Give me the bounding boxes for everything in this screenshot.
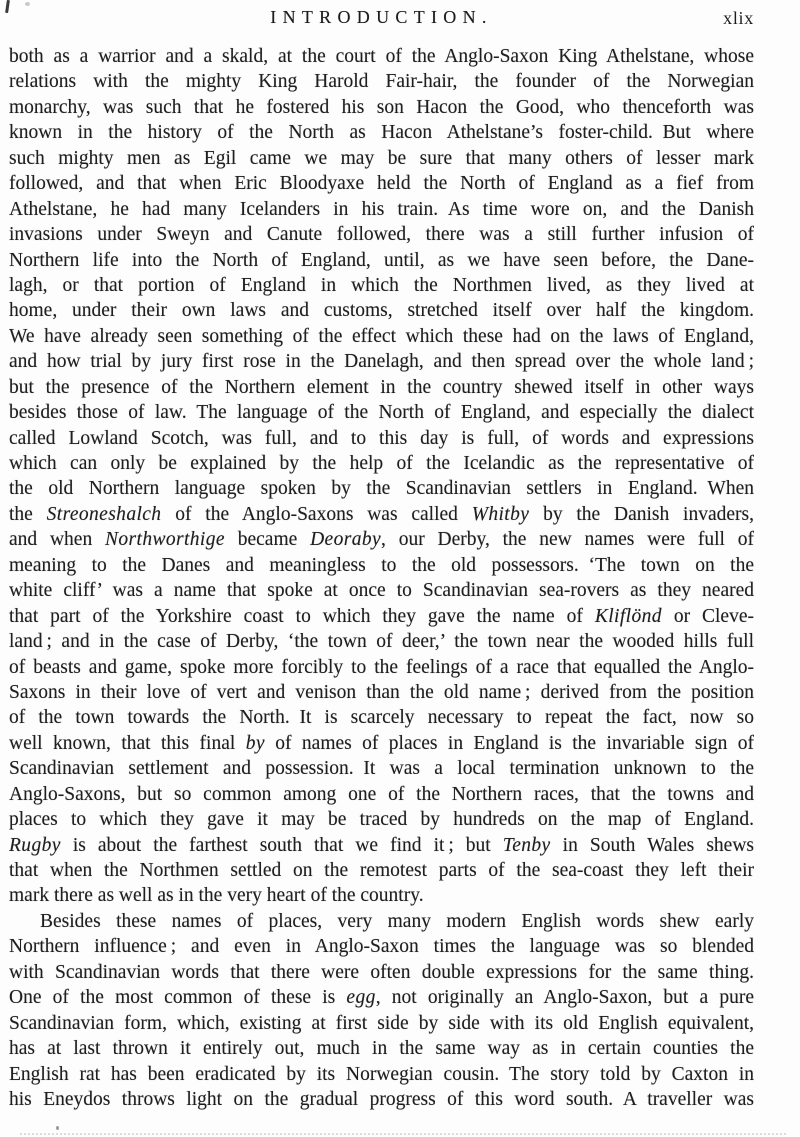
text-line: has at last thrown it entirely out, much… [9,1036,754,1061]
scan-artifact [25,2,30,6]
text-line: Rugby is about the farthest south that w… [9,833,754,858]
page-number: xlix [723,8,754,29]
text-line: mark there as well as in the very heart … [9,883,754,908]
text-line: English rat has been eradicated by its N… [9,1062,754,1087]
text-block: both as a warrior and a skald, at the co… [9,44,754,1112]
text-line: We have already seen something of the ef… [9,324,754,349]
text-line: relations with the mighty King Harold Fa… [9,69,754,94]
italic-term: Whitby [472,504,530,525]
text-line: Scandinavian settlement and possession. … [9,756,754,781]
text-line: places to which they gave it may be trac… [9,807,754,832]
text-line: Scandinavian form, which, existing at fi… [9,1011,754,1036]
italic-term: Rugby [9,835,61,856]
book-page: INTRODUCTION. xlix both as a warrior and… [0,0,800,1137]
text-line: invasions under Sweyn and Canute followe… [9,222,754,247]
text-line: besides those of law. The language of th… [9,400,754,425]
text-line: his Eneydos throws light on the gradual … [9,1087,754,1112]
text-line: and when Northworthige became Deoraby, o… [9,527,754,552]
text-line: Saxons in their love of vert and venison… [9,680,754,705]
text-line: One of the most common of these is egg, … [9,985,754,1010]
text-line: well known, that this final by of names … [9,731,754,756]
running-title: INTRODUCTION. [9,7,754,28]
scan-edge-dots [20,1133,786,1135]
text-line: that part of the Yorkshire coast to whic… [9,604,754,629]
text-line: of the town towards the North. It is sca… [9,705,754,730]
text-line: lagh, or that portion of England in whic… [9,273,754,298]
italic-term: Tenby [503,835,551,856]
italic-term: by [246,733,265,754]
text-line: monarchy, was such that he fostered his … [9,95,754,120]
text-line: and how trial by jury first rose in the … [9,349,754,374]
text-line: which can only be explained by the help … [9,451,754,476]
text-line: Athelstane, he had many Icelanders in hi… [9,197,754,222]
italic-term: Kliflönd [595,606,662,627]
text-line: followed, and that when Eric Bloodyaxe h… [9,171,754,196]
scan-artifact [56,1126,59,1130]
text-line: the old Northern language spoken by the … [9,476,754,501]
text-line: with Scandinavian words that there were … [9,960,754,985]
text-line: known in the history of the North as Hac… [9,120,754,145]
text-line: Northern life into the North of England,… [9,248,754,273]
text-line: meaning to the Danes and meaningless to … [9,553,754,578]
text-line: Northern influence ; and even in Anglo-S… [9,934,754,959]
text-line: Anglo-Saxons, but so common among one of… [9,782,754,807]
text-line: of beasts and game, spoke more forcibly … [9,655,754,680]
text-line: home, under their own laws and customs, … [9,298,754,323]
text-line: land ; and in the case of Derby, ‘the to… [9,629,754,654]
page-header: INTRODUCTION. xlix [9,7,754,31]
text-line: white cliff’ was a name that spoke at on… [9,578,754,603]
italic-term: Northworthige [105,529,225,550]
text-line: such mighty men as Egil came we may be s… [9,146,754,171]
text-line: called Lowland Scotch, was full, and to … [9,426,754,451]
italic-term: Deoraby [310,529,381,550]
italic-term: Streoneshalch [47,504,162,525]
text-line: Besides these names of places, very many… [9,909,754,934]
italic-term: egg [346,987,375,1008]
text-line: the Streoneshalch of the Anglo-Saxons wa… [9,502,754,527]
text-line: but the presence of the Northern element… [9,375,754,400]
text-line: both as a warrior and a skald, at the co… [9,44,754,69]
text-line: that when the Northmen settled on the re… [9,858,754,883]
